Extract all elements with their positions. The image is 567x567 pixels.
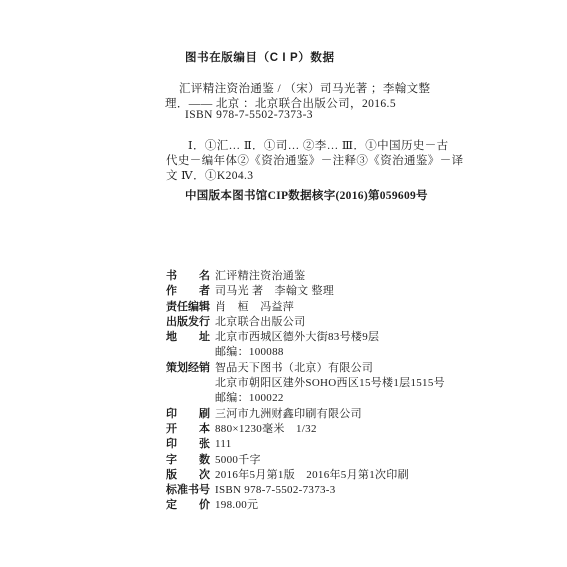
colophon-row-title: 书 名汇评精注资治通鉴 [166, 269, 445, 284]
colophon-value: 北京联合出版公司 [215, 316, 305, 328]
colophon-value: 5000千字 [215, 454, 261, 466]
colophon-row-editor: 责任编辑肖 桓 冯益萍 [166, 300, 445, 315]
cip-description-line-1: 汇评精注资治通鉴 / （宋）司马光著 ；李翰文整 [179, 80, 430, 96]
cip-heading: 图书在版编目（C I P）数据 [185, 49, 335, 65]
colophon-value: 邮编：100088 [215, 346, 284, 358]
colophon-value: 2016年5月第1版 2016年5月第1次印刷 [215, 469, 409, 481]
colophon-label: 地 址 [166, 330, 215, 345]
colophon-row-wordcount: 字 数5000千字 [166, 453, 445, 468]
colophon-value: 111 [215, 438, 232, 450]
colophon-row-distributor-address: 北京市朝阳区建外SOHO西区15号楼1层1515号 [166, 376, 445, 391]
colophon-value: 北京市朝阳区建外SOHO西区15号楼1层1515号 [215, 377, 445, 389]
colophon-value: ISBN 978-7-5502-7373-3 [215, 484, 336, 496]
colophon-value: 三河市九洲财鑫印刷有限公司 [215, 408, 362, 420]
colophon-row-isbn: 标准书号ISBN 978-7-5502-7373-3 [166, 483, 445, 498]
colophon-row-format: 开 本880×1230毫米 1/32 [166, 422, 445, 437]
book-copyright-page: 图书在版编目（C I P）数据 汇评精注资治通鉴 / （宋）司马光著 ；李翰文整… [0, 0, 567, 567]
colophon-label: 出版发行 [166, 315, 215, 330]
colophon-label: 版 次 [166, 468, 215, 483]
colophon-value: 邮编：100022 [215, 392, 284, 404]
colophon-row-address-postcode: 邮编：100088 [166, 345, 445, 360]
colophon-row-address: 地 址北京市西城区德外大街83号楼9层 [166, 330, 445, 345]
colophon-value: 智品天下图书（北京）有限公司 [215, 362, 373, 374]
colophon-row-distributor: 策划经销智品天下图书（北京）有限公司 [166, 361, 445, 376]
colophon-table: 书 名汇评精注资治通鉴 作 者司马光 著 李翰文 整理 责任编辑肖 桓 冯益萍 … [166, 269, 445, 514]
cip-classification-line-3: 文 Ⅳ．①K204.3 [166, 167, 253, 183]
colophon-row-printer: 印 刷三河市九洲财鑫印刷有限公司 [166, 407, 445, 422]
colophon-value: 198.00元 [215, 499, 258, 511]
colophon-value: 北京市西城区德外大街83号楼9层 [215, 331, 379, 343]
colophon-label: 印 刷 [166, 407, 215, 422]
colophon-row-sheets: 印 张111 [166, 437, 445, 452]
colophon-row-edition: 版 次2016年5月第1版 2016年5月第1次印刷 [166, 468, 445, 483]
colophon-label: 印 张 [166, 437, 215, 452]
colophon-value: 汇评精注资治通鉴 [215, 270, 305, 282]
colophon-value: 司马光 著 李翰文 整理 [215, 285, 334, 297]
colophon-label: 定 价 [166, 498, 215, 513]
colophon-label: 开 本 [166, 422, 215, 437]
colophon-label: 作 者 [166, 284, 215, 299]
colophon-value: 880×1230毫米 1/32 [215, 423, 317, 435]
colophon-row-publisher: 出版发行北京联合出版公司 [166, 315, 445, 330]
colophon-label: 字 数 [166, 453, 215, 468]
colophon-row-distributor-postcode: 邮编：100022 [166, 391, 445, 406]
colophon-row-author: 作 者司马光 著 李翰文 整理 [166, 284, 445, 299]
cip-classification-line-2: 代史－编年体②《资治通鉴》－注释③《资治通鉴》－译 [166, 152, 464, 168]
colophon-value: 肖 桓 冯益萍 [215, 301, 294, 313]
colophon-label: 策划经销 [166, 361, 215, 376]
colophon-row-price: 定 价198.00元 [166, 498, 445, 513]
colophon-label: 书 名 [166, 269, 215, 284]
cip-record-number: 中国版本图书馆CIP数据核字(2016)第059609号 [185, 187, 428, 203]
cip-isbn-line: ISBN 978-7-5502-7373-3 [185, 109, 313, 121]
colophon-label: 责任编辑 [166, 300, 215, 315]
cip-classification-line-1: Ⅰ．①汇… Ⅱ．①司… ②李… Ⅲ．①中国历史－古 [188, 137, 449, 153]
colophon-label: 标准书号 [166, 483, 215, 498]
